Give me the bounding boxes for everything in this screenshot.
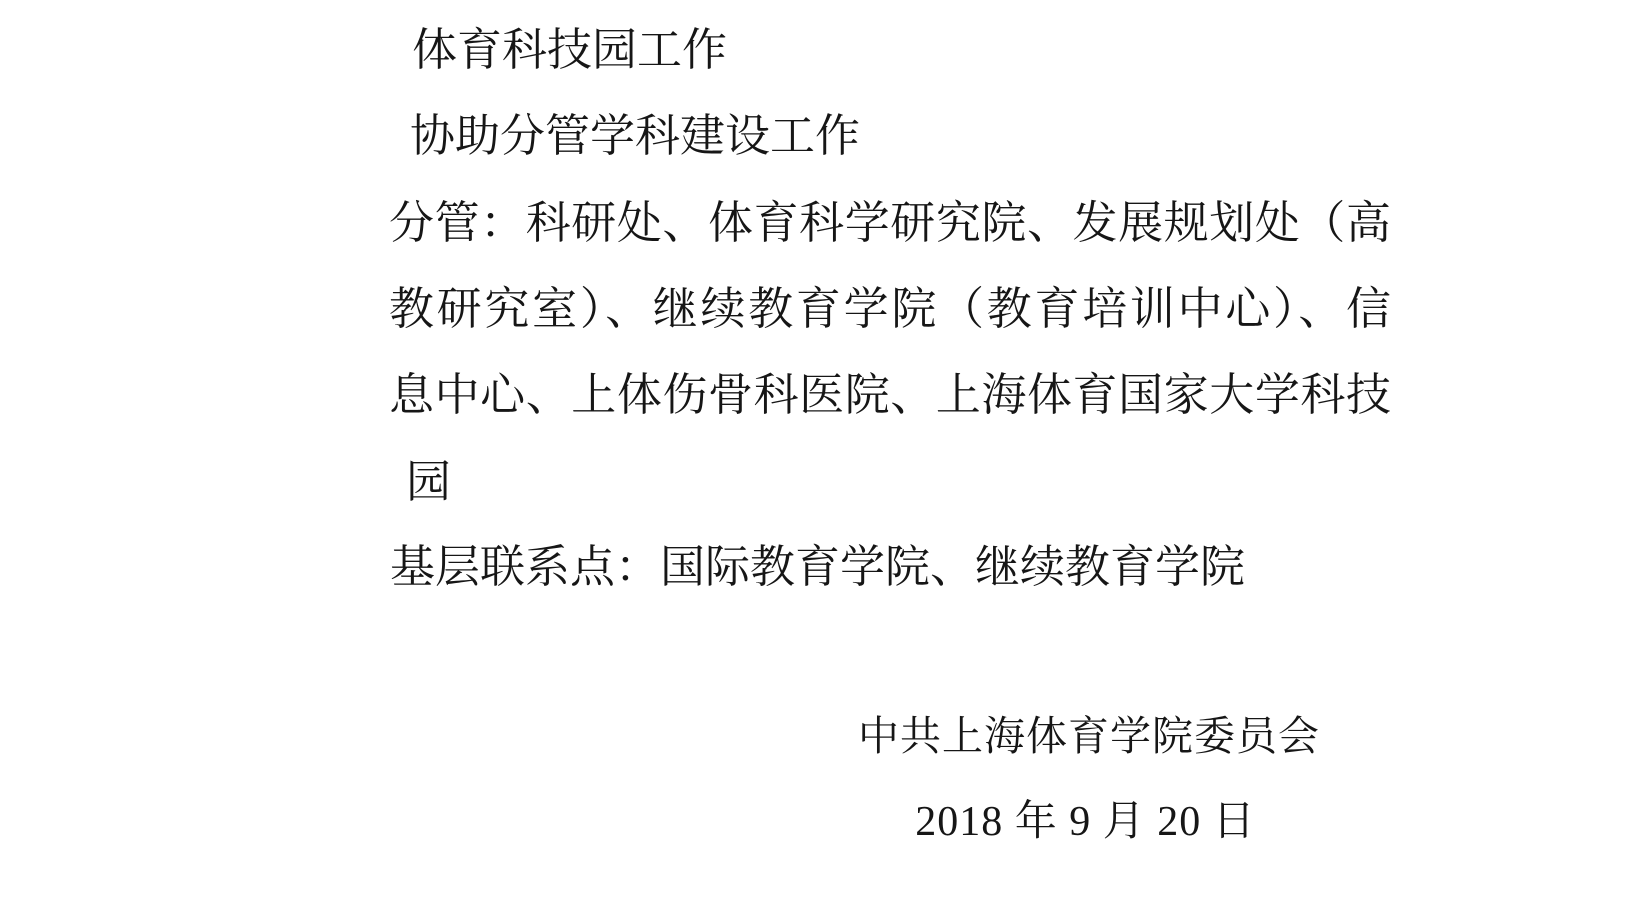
document-page: 体育科技园工作 协助分管学科建设工作 分管：科研处、体育科学研究院、发展规划处（…: [0, 0, 1647, 915]
text-line-in-charge-4: 园: [406, 458, 451, 508]
text-line-in-charge-2: 教研究室）、继续教育学院（教育培训中心）、信: [389, 285, 1391, 335]
text-line-duty-1: 体育科技园工作: [412, 26, 727, 76]
signature-organization: 中共上海体育学院委员会: [858, 714, 1313, 759]
text-line-duty-2: 协助分管学科建设工作: [410, 112, 860, 162]
text-line-in-charge-1: 分管：科研处、体育科学研究院、发展规划处（高: [389, 199, 1391, 249]
text-line-in-charge-3: 息中心、上体伤骨科医院、上海体育国家大学科技: [389, 371, 1391, 421]
text-line-contact-point: 基层联系点：国际教育学院、继续教育学院: [390, 543, 1245, 593]
signature-date: 2018 年 9 月 20 日: [858, 799, 1313, 845]
